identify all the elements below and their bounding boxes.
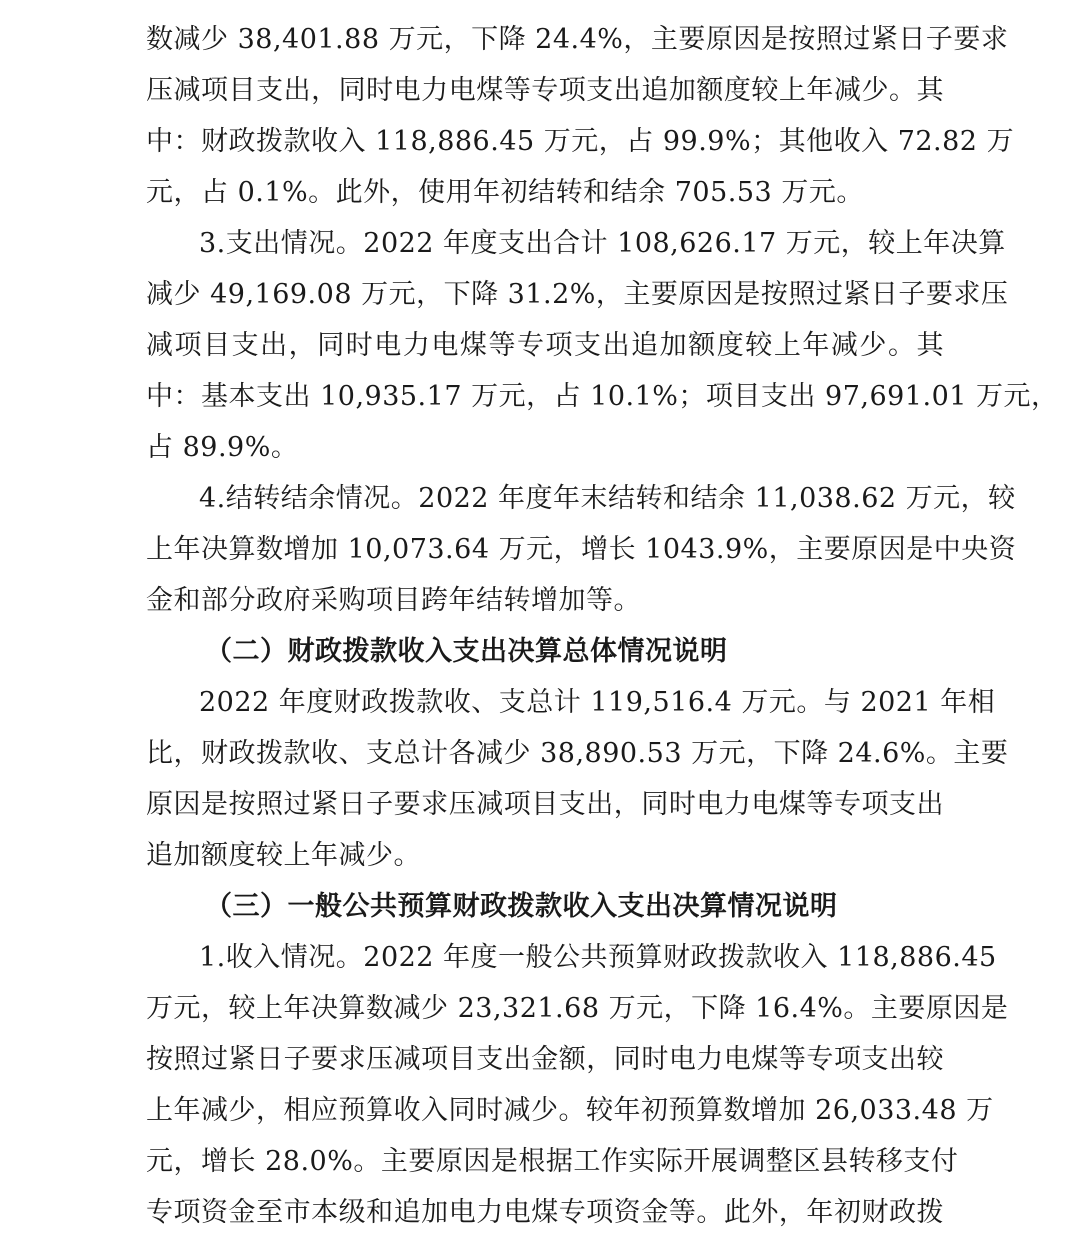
paragraph-line: 元，增长 28.0%。主要原因是根据工作实际开展调整区县转移支付 <box>146 1142 944 1182</box>
paragraph-line: 比，财政拨款收、支总计各减少 38,890.53 万元，下降 24.6%。主要 <box>146 734 944 774</box>
section-4-carryover-line: 4.结转结余情况。2022 年度年末结转和结余 11,038.62 万元，较 <box>199 479 944 519</box>
paragraph-line: 压减项目支出，同时电力电煤等专项支出追加额度较上年减少。其 <box>146 71 944 111</box>
section-heading-3: （三）一般公共预算财政拨款收入支出决算情况说明 <box>205 887 905 927</box>
paragraph-line: 中：基本支出 10,935.17 万元，占 10.1%；项目支出 97,691.… <box>146 377 944 417</box>
paragraph-line: 中：财政拨款收入 118,886.45 万元，占 99.9%；其他收入 72.8… <box>146 122 944 162</box>
paragraph-line: 万元，较上年决算数减少 23,321.68 万元，下降 16.4%。主要原因是 <box>146 989 944 1029</box>
paragraph-line: 上年减少，相应预算收入同时减少。较年初预算数增加 26,033.48 万 <box>146 1091 944 1131</box>
paragraph-line: 减少 49,169.08 万元，下降 31.2%，主要原因是按照过紧日子要求压 <box>146 275 944 315</box>
paragraph-line: 金和部分政府采购项目跨年结转增加等。 <box>146 581 944 621</box>
paragraph-line: 元，占 0.1%。此外，使用年初结转和结余 705.53 万元。 <box>146 173 944 213</box>
paragraph-line: 数减少 38,401.88 万元，下降 24.4%，主要原因是按照过紧日子要求 <box>146 20 944 60</box>
paragraph-line: 原因是按照过紧日子要求压减项目支出，同时电力电煤等专项支出 <box>146 785 944 825</box>
paragraph-line: 上年决算数增加 10,073.64 万元，增长 1043.9%，主要原因是中央资 <box>146 530 944 570</box>
paragraph-line: 追加额度较上年减少。 <box>146 836 944 876</box>
section-heading-2: （二）财政拨款收入支出决算总体情况说明 <box>205 632 905 672</box>
paragraph-line: 占 89.9%。 <box>146 428 944 468</box>
section-3-expenditure-line: 3.支出情况。2022 年度支出合计 108,626.17 万元，较上年决算 <box>199 224 944 264</box>
document-page: 数减少 38,401.88 万元，下降 24.4%，主要原因是按照过紧日子要求 … <box>0 0 1075 1255</box>
paragraph-line: 2022 年度财政拨款收、支总计 119,516.4 万元。与 2021 年相 <box>199 683 944 723</box>
paragraph-line: 按照过紧日子要求压减项目支出金额，同时电力电煤等专项支出较 <box>146 1040 944 1080</box>
paragraph-line: 专项资金至市本级和追加电力电煤专项资金等。此外，年初财政拨 <box>146 1193 944 1233</box>
section-1-income-line: 1.收入情况。2022 年度一般公共预算财政拨款收入 118,886.45 <box>199 938 944 978</box>
paragraph-line: 减项目支出，同时电力电煤等专项支出追加额度较上年减少。其 <box>146 326 944 366</box>
